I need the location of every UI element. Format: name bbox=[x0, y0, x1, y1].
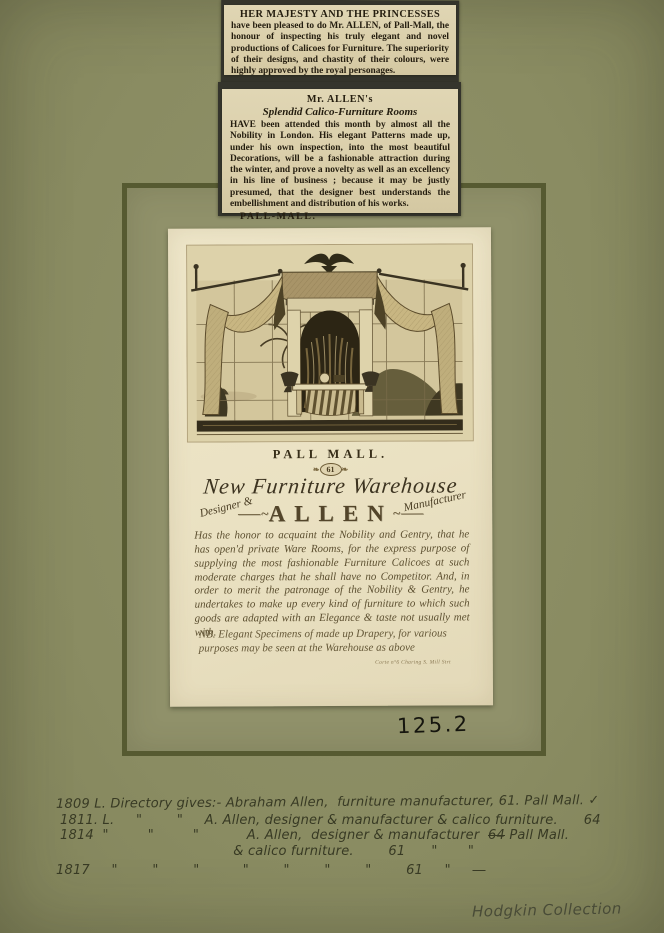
card-place-title: PALL MALL. bbox=[169, 446, 492, 462]
directory-note-1809: 1809 L. Directory gives:- Abraham Allen,… bbox=[56, 793, 600, 812]
collection-note: Hodgkin Collection bbox=[472, 899, 622, 920]
clipping1-body: have been pleased to do Mr. ALLEN, of Pa… bbox=[231, 21, 449, 77]
directory-note-1814: 1814 " " " A. Allen, designer & manufact… bbox=[60, 828, 569, 843]
directory-note-1814-address: Pall Mall. bbox=[505, 828, 569, 843]
directory-note-1811: 1811. L. " " A. Allen, designer & manufa… bbox=[60, 813, 601, 828]
directory-note-1814-text: 1814 " " " A. Allen, designer & manufact… bbox=[60, 828, 488, 843]
clipping2-heading: Mr. ALLEN's bbox=[230, 94, 450, 105]
card-advertisement-body: Has the honor to acquaint the Nobility a… bbox=[194, 528, 469, 640]
newspaper-clipping-royal-visit: HER MAJESTY AND THE PRINCESSES have been… bbox=[224, 5, 456, 75]
directory-note-1817: 1817 " " " " " " " 61 " ― bbox=[56, 863, 486, 878]
scrapbook-page: HER MAJESTY AND THE PRINCESSES have been… bbox=[0, 0, 664, 933]
drapery-showroom-engraving-icon bbox=[186, 243, 474, 442]
clipping2-subheading: Splendid Calico-Furniture Rooms bbox=[230, 106, 450, 118]
clipping2-signoff: PALL-MALL. bbox=[230, 211, 450, 222]
card-nota-bene: NB. Elegant Specimens of made up Drapery… bbox=[199, 626, 466, 656]
engraver-imprint: Corte n°6 Charing S. Mill Strt bbox=[375, 659, 451, 665]
allen-trade-card: PALL MALL. ❧61❧ New Furniture Warehouse … bbox=[168, 227, 493, 706]
card-proprietor-name: ⸺~ALLEN~⸺ bbox=[169, 500, 492, 527]
proprietor-name-text: ALLEN bbox=[269, 501, 393, 527]
shelfmark-number: 125.2 bbox=[397, 712, 470, 739]
flourish-right-icon: ~⸺ bbox=[393, 507, 424, 522]
newspaper-clipping-calico-rooms: Mr. ALLEN's Splendid Calico-Furniture Ro… bbox=[222, 89, 458, 213]
clipping2-body: HAVE been attended this month by almost … bbox=[230, 120, 450, 210]
directory-note-1814-continuation: & calico furniture. 61 " " bbox=[60, 844, 474, 859]
clipping1-title: HER MAJESTY AND THE PRINCESSES bbox=[231, 9, 449, 20]
flourish-left-icon: ⸺~ bbox=[237, 507, 268, 522]
directory-note-1814-struck-number: 64 bbox=[488, 828, 505, 843]
